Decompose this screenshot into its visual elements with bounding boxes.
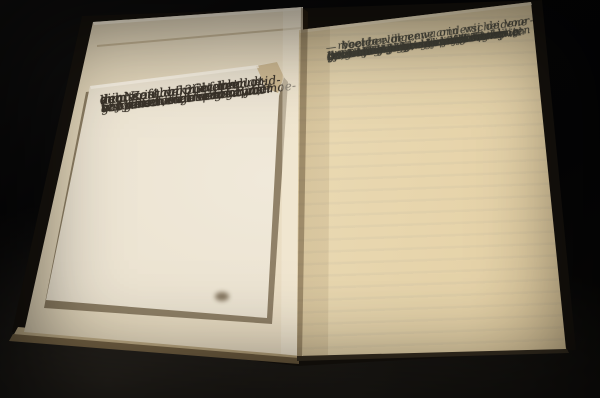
manuscript-photo: koorts is, de pijn ophoudt,en de afgang … xyxy=(0,0,600,398)
ink-smudge xyxy=(215,292,229,301)
